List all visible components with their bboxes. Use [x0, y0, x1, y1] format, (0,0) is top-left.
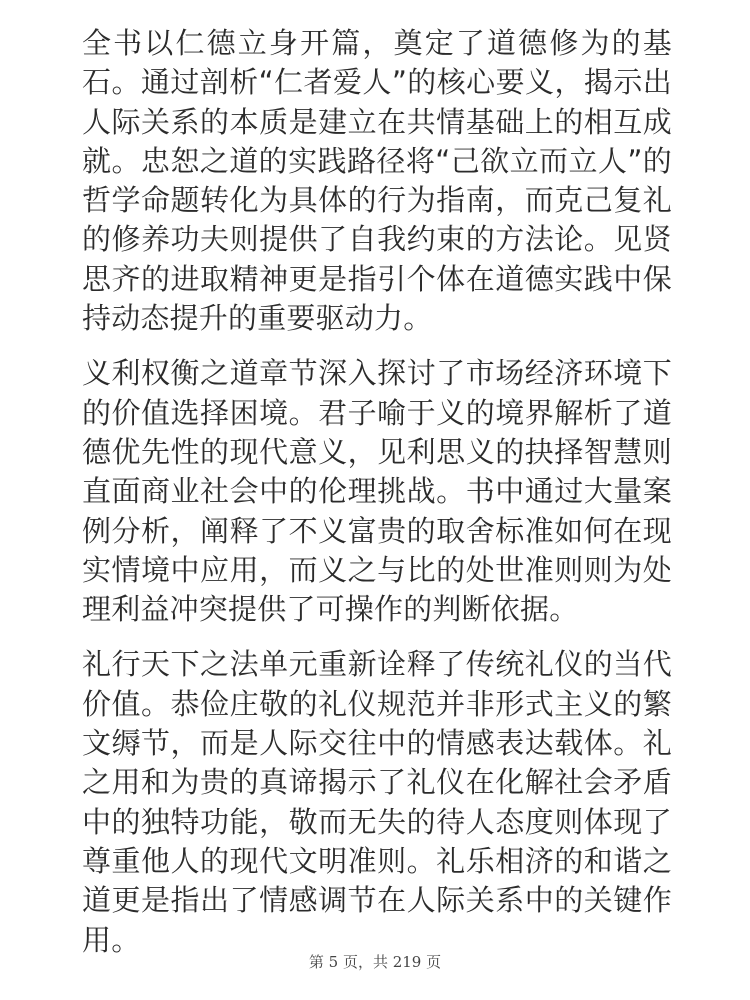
- paragraph-1: 全书以仁德立身开篇，奠定了道德修为的基石。通过剖析“仁者爱人”的核心要义，揭示出…: [82, 24, 672, 338]
- paragraph-3: 礼行天下之法单元重新诠释了传统礼仪的当代价值。恭俭庄敬的礼仪规范并非形式主义的繁…: [82, 645, 672, 959]
- paragraph-2: 义利权衡之道章节深入探讨了市场经济环境下的价值选择困境。君子喻于义的境界解析了道…: [82, 354, 672, 629]
- document-page: 全书以仁德立身开篇，奠定了道德修为的基石。通过剖析“仁者爱人”的核心要义，揭示出…: [82, 24, 672, 976]
- page-number-indicator: 第 5 页，共 219 页: [0, 951, 750, 972]
